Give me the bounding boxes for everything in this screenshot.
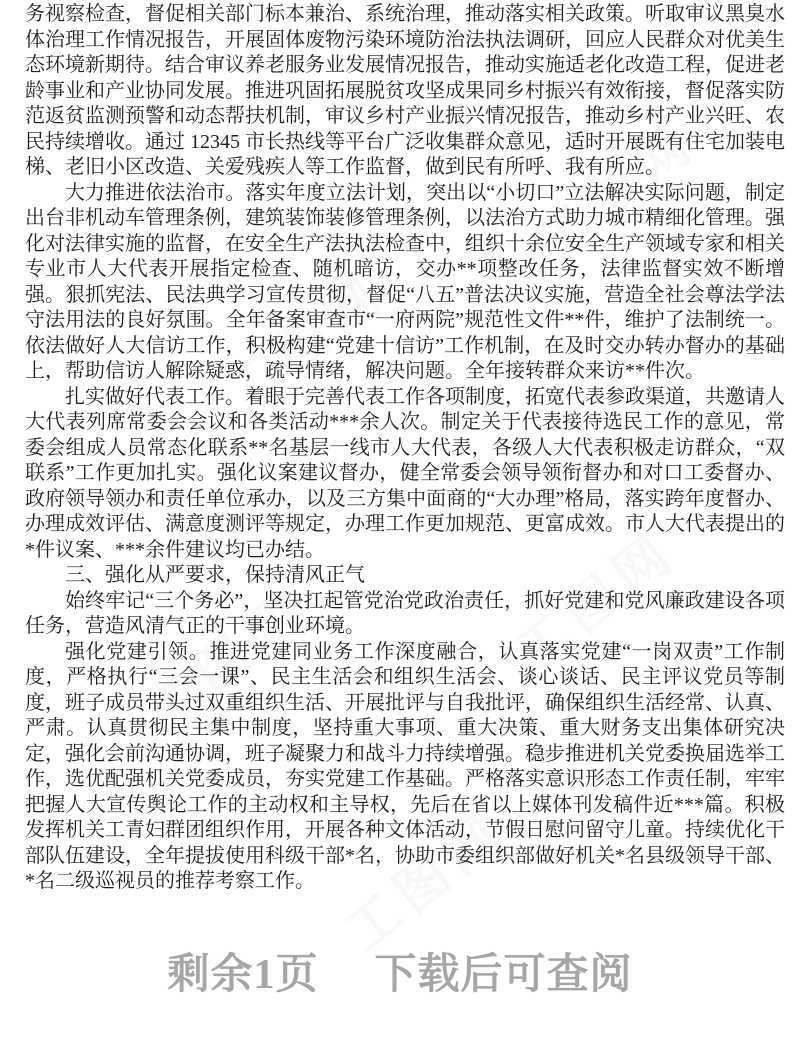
document-body: 务视察检查，督促相关部门标本兼治、系统治理，推动落实相关政策。听取审议黑臭水体治… [25, 2, 785, 895]
paragraph: 强化党建引领。推进党建同业务工作深度融合，认真落实党建“一岗双责”工作制度，严格… [25, 640, 785, 895]
remaining-pages-label: 剩余1页 [167, 951, 318, 999]
section-heading: 三、强化从严要求，保持清风正气 [25, 563, 785, 589]
paragraph: 始终牢记“三个务必”，坚决扛起管党治党政治责任，抓好党建和党风廉政建设各项任务，… [25, 589, 785, 640]
paragraph: 扎实做好代表工作。着眼于完善代表工作各项制度，拓宽代表参政渠道，共邀请人大代表列… [25, 385, 785, 564]
paragraph: 务视察检查，督促相关部门标本兼治、系统治理，推动落实相关政策。听取审议黑臭水体治… [25, 2, 785, 181]
document-page: 工图网 工图网 工图网 工图网 工图网 务视察检查，督促相关部门标本兼治、系统治… [0, 0, 800, 1057]
remaining-pages-banner: 剩余1页 下载后可查阅 [0, 951, 800, 999]
paragraph: 大力推进依法治市。落实年度立法计划，突出以“小切口”立法解决实际问题，制定出台非… [25, 181, 785, 385]
download-hint-label: 下载后可查阅 [375, 951, 633, 999]
